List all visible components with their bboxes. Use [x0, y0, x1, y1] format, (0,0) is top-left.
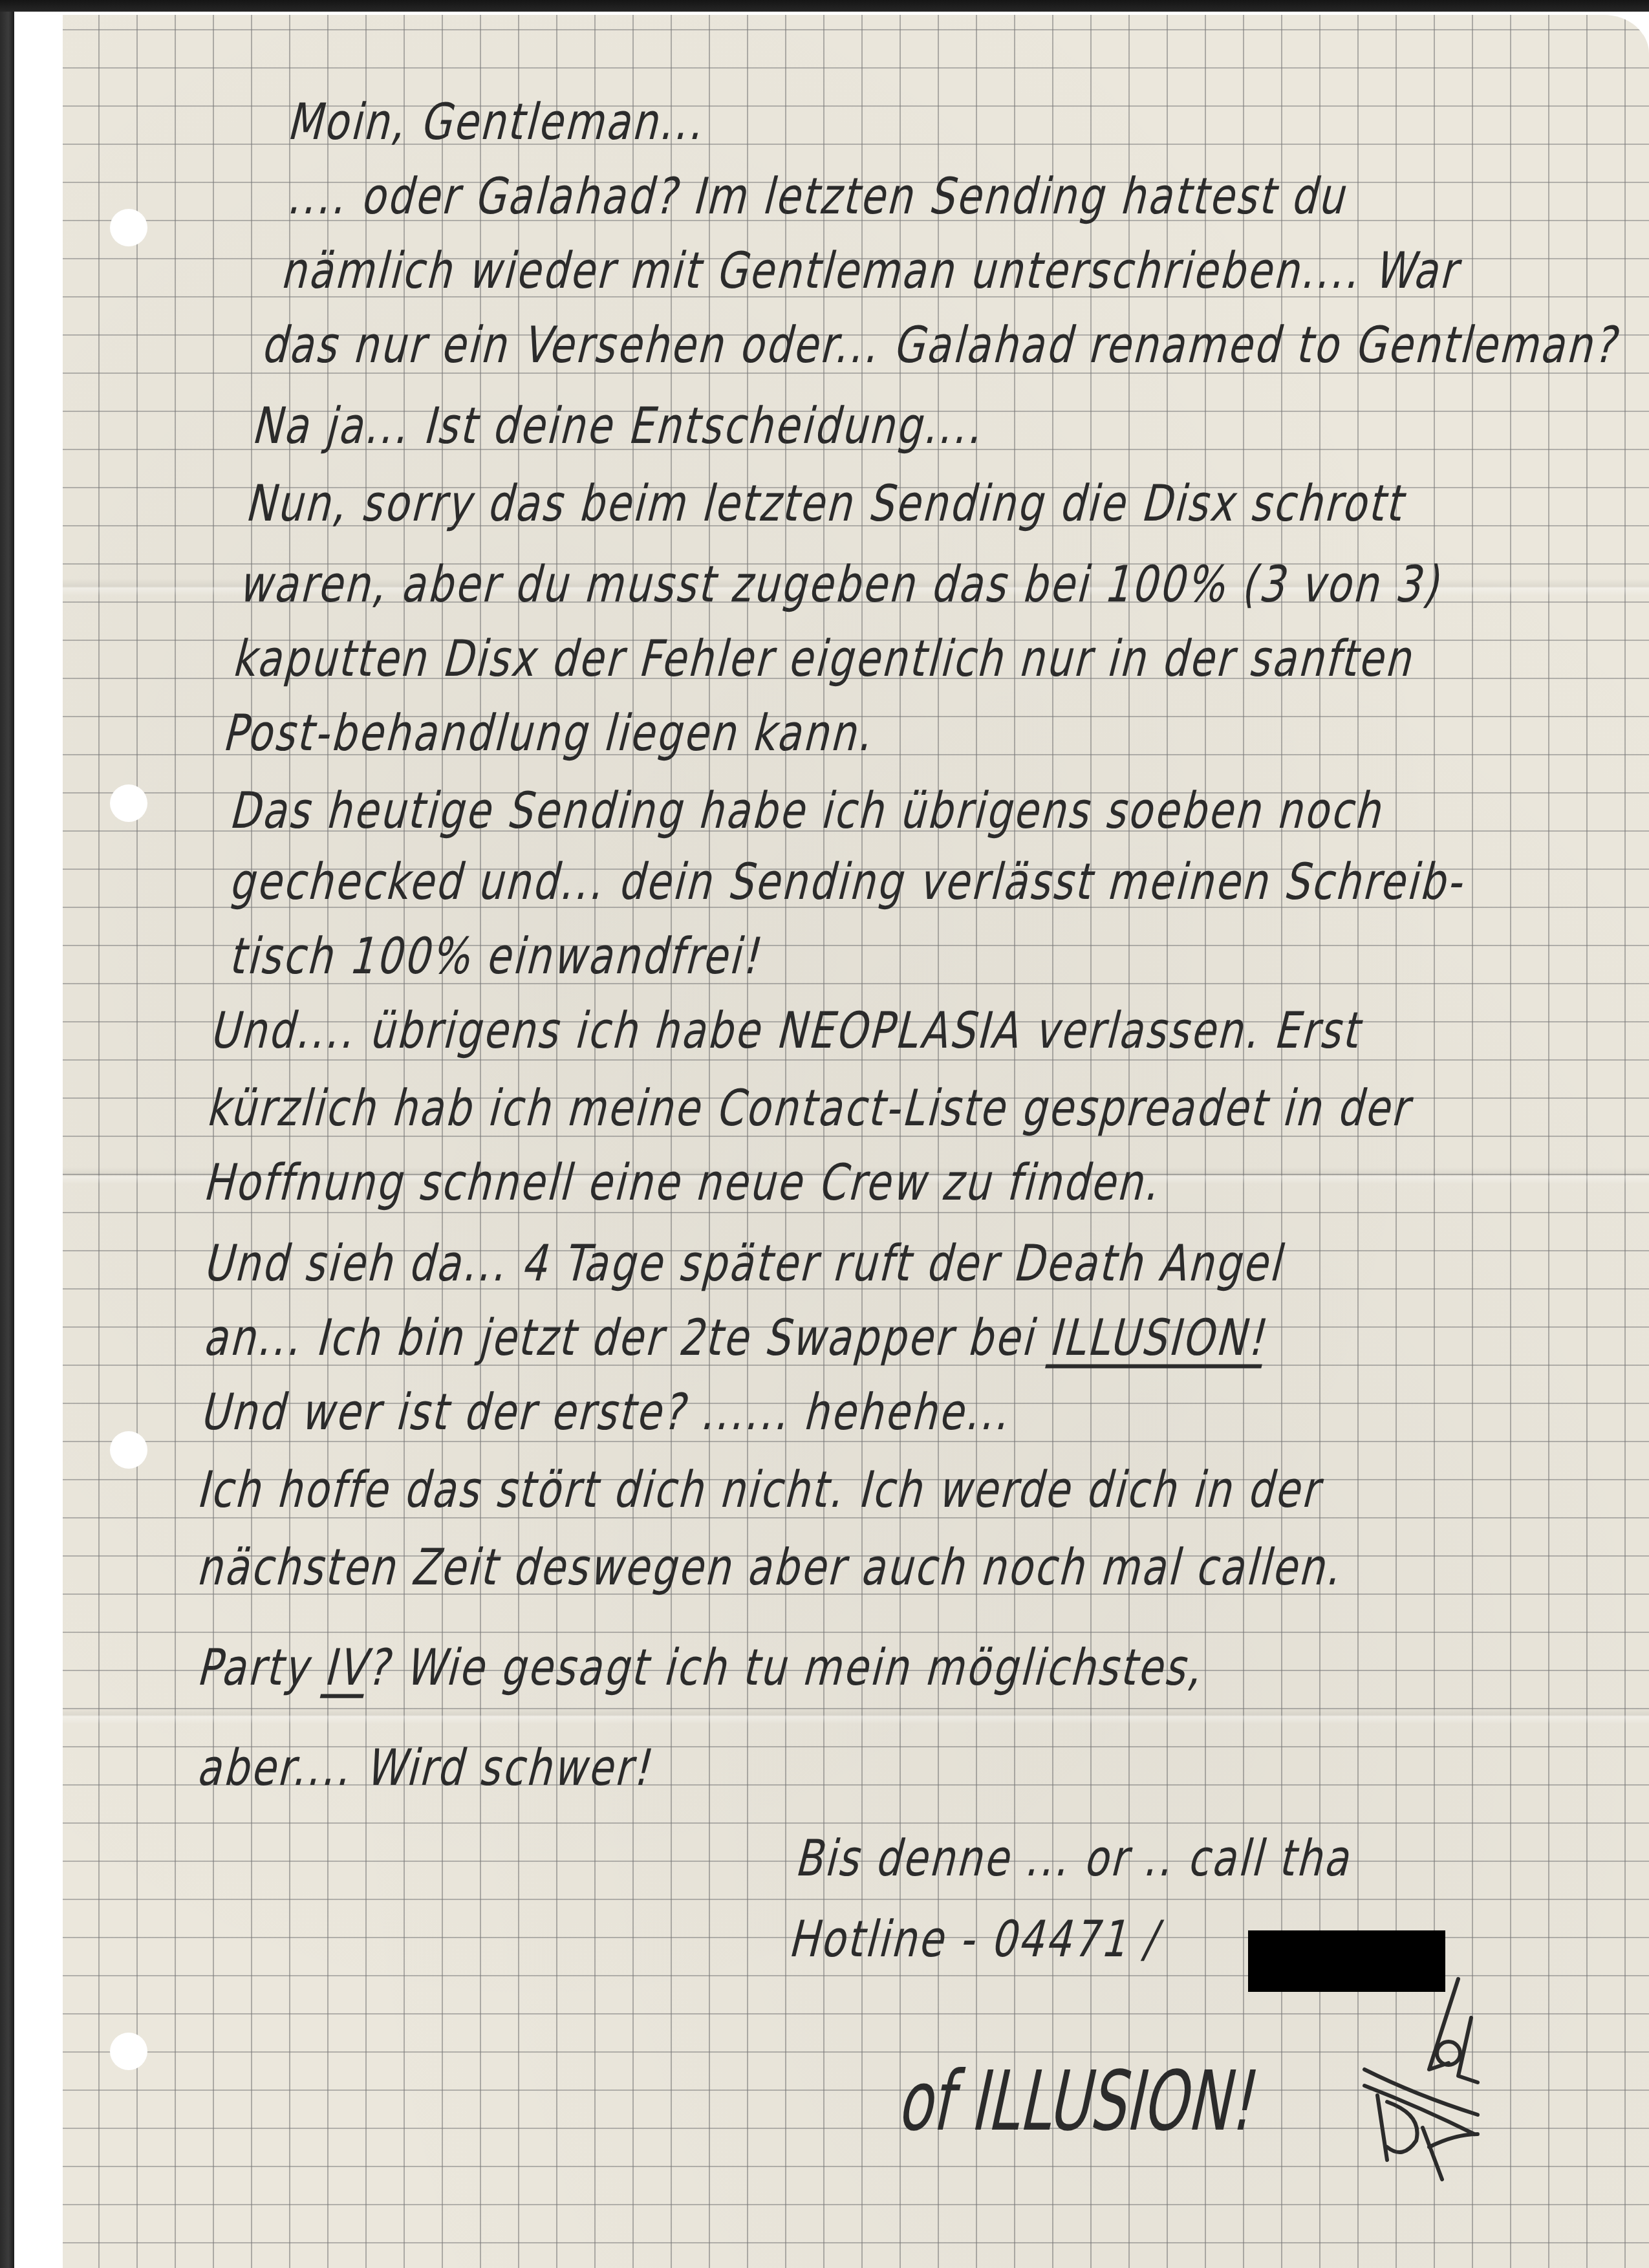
- letter-line: Nun, sorry das beim letzten Sending die …: [242, 479, 1413, 529]
- letter-line: kürzlich hab ich meine Contact-Liste ges…: [204, 1083, 1419, 1134]
- letter-line: Party IV? Wie gesagt ich tu mein möglich…: [194, 1643, 1211, 1693]
- letter-line: gechecked und... dein Sending verlässt m…: [226, 857, 1473, 907]
- letter-line: das nur ein Versehen oder... Galahad ren…: [259, 320, 1627, 371]
- letter-line: Hoffnung schnell eine neue Crew zu finde…: [200, 1158, 1169, 1208]
- sign-off: of ILLUSION!: [892, 2053, 1268, 2149]
- letter-line: Na ja... Ist deine Entscheidung....: [249, 401, 992, 451]
- letter-line: nächsten Zeit deswegen aber auch noch ma…: [194, 1542, 1350, 1593]
- letter-line: Und wer ist der erste? ...... hehehe...: [197, 1387, 1019, 1438]
- greeting-line: Moin, Gentleman...: [285, 97, 713, 147]
- letter-line: Und.... übrigens ich habe NEOPLASIA verl…: [207, 1006, 1370, 1056]
- punch-hole-icon: [110, 784, 147, 822]
- punch-hole-icon: [110, 2033, 147, 2070]
- letter-line: waren, aber du musst zugeben das bei 100…: [236, 559, 1450, 610]
- letter-line: nämlich wieder mit Gentleman unterschrie…: [278, 246, 1468, 296]
- letter-line: Das heutige Sending habe ich übrigens so…: [226, 786, 1392, 836]
- paper-fold-crease: [63, 1707, 1649, 1724]
- scanner-edge-left: [0, 0, 14, 2268]
- hotline-line: Hotline - 04471 /: [786, 1914, 1168, 1965]
- signature-icon: [1352, 1972, 1481, 2186]
- letter-line: kaputten Disx der Fehler eigentlich nur …: [230, 634, 1422, 684]
- underlined-word: IV: [320, 1637, 378, 1696]
- letter-line: Post-behandlung liegen kann.: [220, 708, 882, 759]
- letter-line: tisch 100% einwandfrei!: [226, 931, 770, 982]
- letter-line: aber.... Wird schwer!: [194, 1743, 661, 1793]
- letter-line: .... oder Galahad? Im letzten Sending ha…: [285, 171, 1355, 222]
- closing-line: Bis denne ... or .. call tha: [792, 1833, 1360, 1884]
- underlined-word: ILLUSION!: [1046, 1308, 1277, 1366]
- scanner-edge-top: [0, 0, 1649, 12]
- punch-hole-icon: [110, 209, 147, 246]
- letter-line: an... Ich bin jetzt der 2te Swapper bei …: [200, 1313, 1275, 1363]
- letter-line: Ich hoffe das stört dich nicht. Ich werd…: [194, 1465, 1330, 1515]
- punch-hole-icon: [110, 1431, 147, 1469]
- letter-line: Und sieh da... 4 Tage später ruft der De…: [200, 1238, 1292, 1289]
